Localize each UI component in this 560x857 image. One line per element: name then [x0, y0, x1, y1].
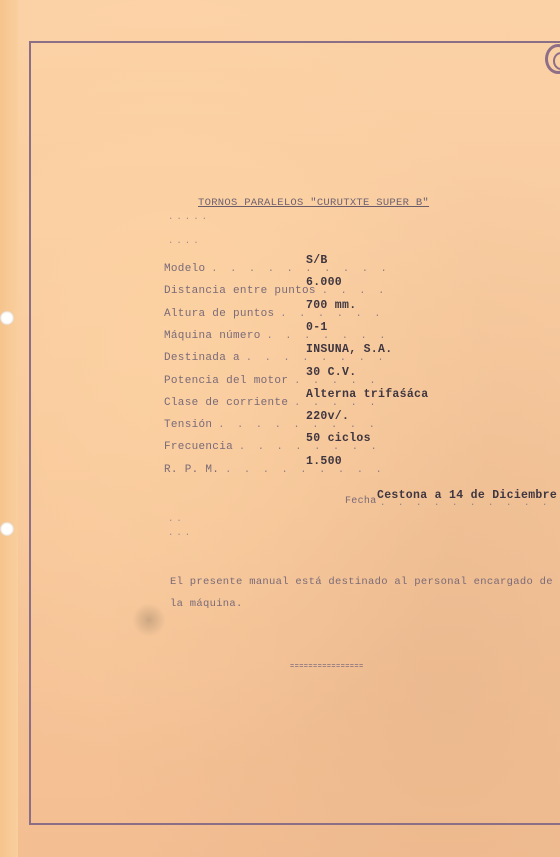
closing-rule: ================ [290, 663, 364, 671]
filler-dots: ... [168, 528, 193, 538]
document-page: TORNOS PARALELOS "CURUTXTE SUPER B" ....… [0, 0, 560, 857]
page-left-edge [0, 0, 18, 857]
spec-label: Tensión [164, 419, 212, 431]
filler-dots: ..... [168, 212, 210, 222]
spec-label: R. P. M. [164, 464, 219, 476]
spec-value: INSUNA, S.A. [306, 343, 392, 356]
punch-hole [0, 311, 14, 325]
paragraph-line: El presente manual está destinado al per… [170, 576, 560, 588]
spec-label: Modelo [164, 263, 205, 275]
spec-value: 0-1 [306, 321, 328, 334]
filler-dots: .... [168, 236, 202, 246]
spec-value: S/B [306, 254, 328, 267]
spec-value: 50 ciclos [306, 432, 371, 445]
spec-label: Altura de puntos [164, 308, 274, 320]
filler-dots: .. [168, 514, 185, 524]
spec-value: Alterna trifaśáca [306, 388, 428, 401]
document-title: TORNOS PARALELOS "CURUTXTE SUPER B" [198, 197, 429, 209]
spec-label: Clase de corriente [164, 397, 288, 409]
page-border-frame [29, 41, 560, 825]
spec-value: 1.500 [306, 455, 342, 468]
spec-value: 30 C.V. [306, 366, 356, 379]
punch-hole [0, 522, 14, 536]
spec-value: 220v/. [306, 410, 349, 423]
leader-dots: . . . . . . . . . . . . . . . . . . . . … [211, 264, 385, 275]
spec-label: Máquina número [164, 330, 261, 342]
spec-value: 700 mm. [306, 299, 356, 312]
spec-label: Potencia del motor [164, 375, 288, 387]
ink-smudge [132, 603, 166, 637]
fecha-label: Fecha [345, 496, 377, 507]
leader-dots: . . . . . . . . . . . . . . . . . . . . … [218, 420, 385, 431]
spec-label: Destinada a [164, 352, 240, 364]
paragraph-line: la máquina. [170, 598, 243, 610]
spec-value: 6.000 [306, 276, 342, 289]
fecha-value: Cestona a 14 de Diciembre de 19 [377, 489, 560, 502]
spec-label: Frecuencia [164, 441, 233, 453]
spec-label: Distancia entre puntos [164, 285, 316, 297]
